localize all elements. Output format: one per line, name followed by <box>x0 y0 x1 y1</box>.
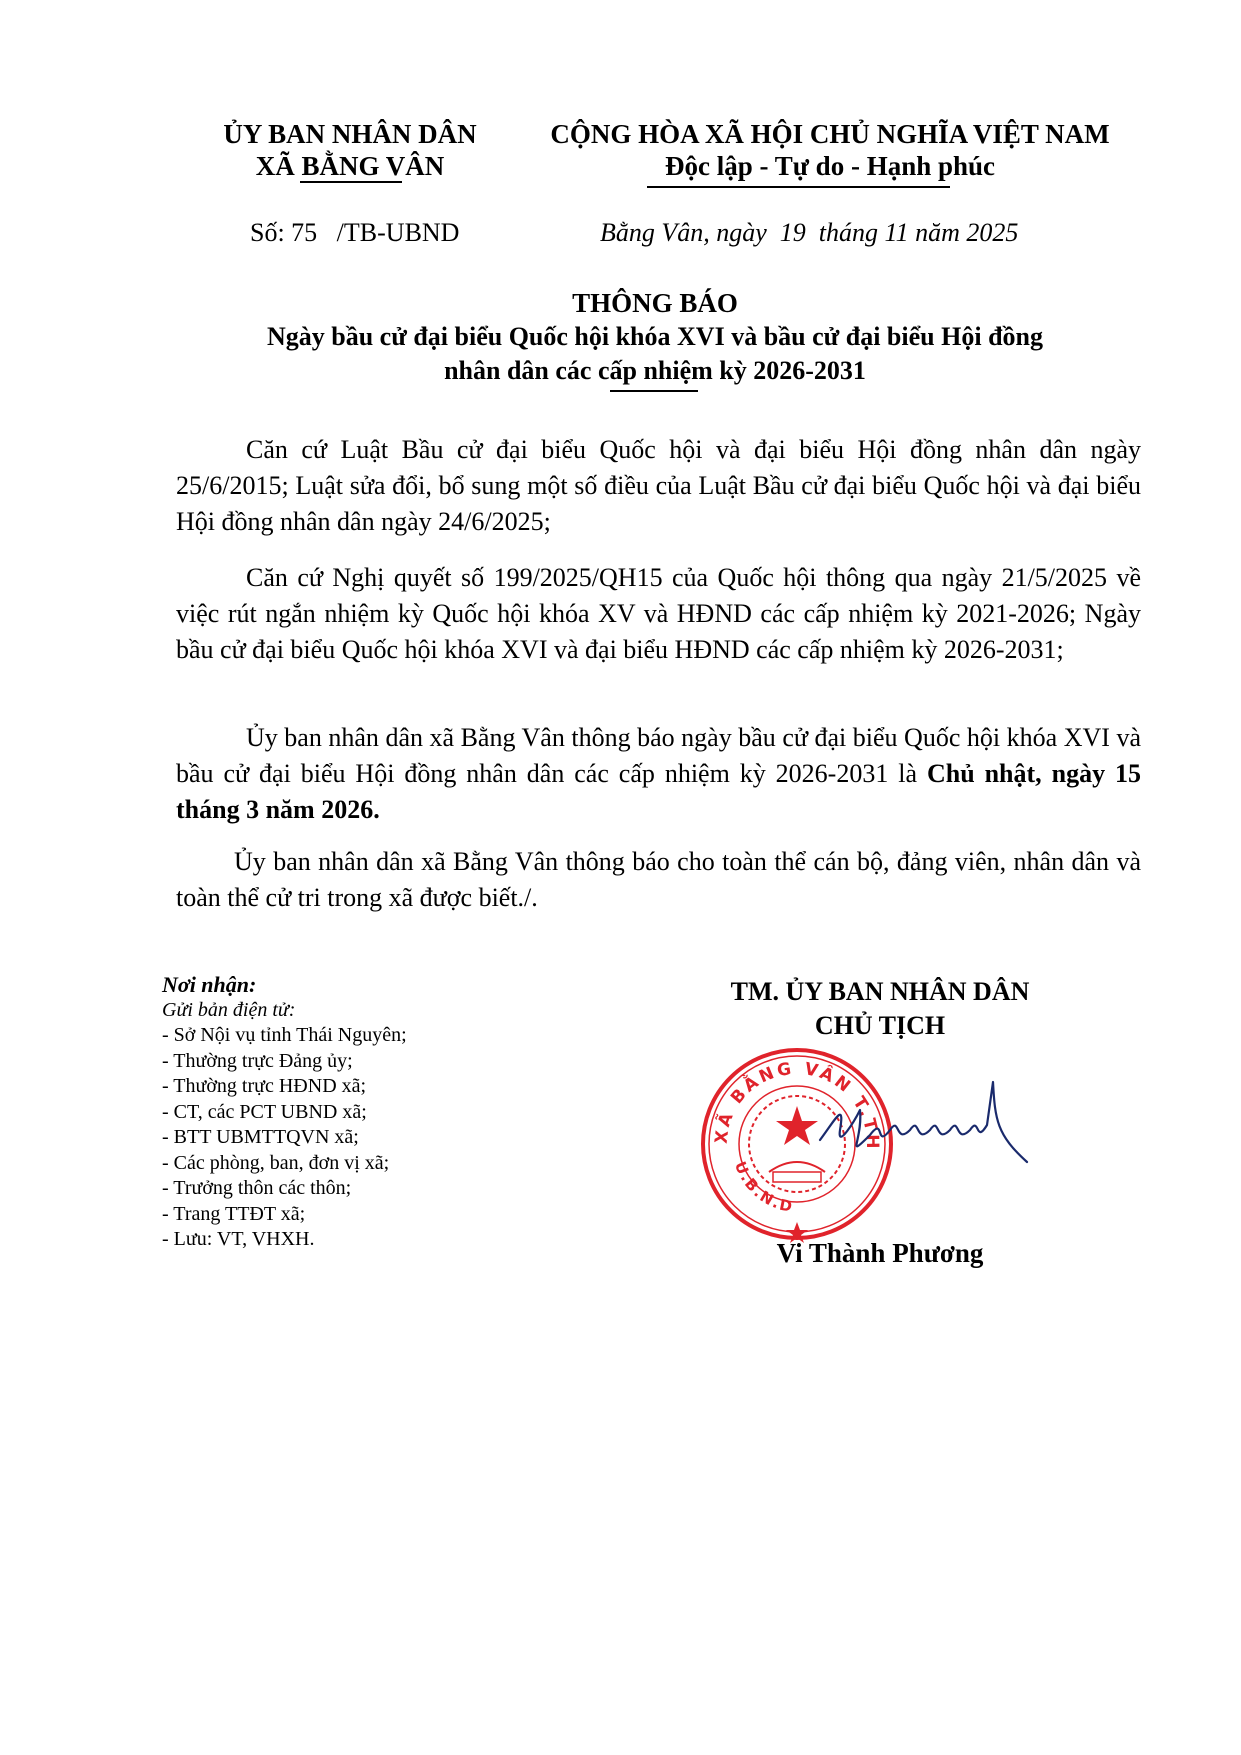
recipient-item: - BTT UBMTTQVN xã; <box>162 1125 407 1151</box>
agency-line1: ỦY BAN NHÂN DÂN <box>190 118 510 150</box>
national-motto: CỘNG HÒA XÃ HỘI CHỦ NGHĨA VIỆT NAM Độc l… <box>540 118 1120 182</box>
recipients-list: - Sở Nội vụ tỉnh Thái Nguyên; - Thường t… <box>162 1023 407 1253</box>
recipient-item: - Các phòng, ban, đơn vị xã; <box>162 1151 407 1177</box>
document-number: Số: 75 /TB-UBND <box>250 218 459 248</box>
recipient-item: - Trưởng thôn các thôn; <box>162 1176 407 1202</box>
title-underline <box>610 390 698 392</box>
recipients-heading: Nơi nhận: <box>162 972 407 998</box>
recipient-item: - CT, các PCT UBND xã; <box>162 1100 407 1126</box>
document-title: THÔNG BÁO Ngày bầu cử đại biểu Quốc hội … <box>160 286 1150 388</box>
recipient-item: - Sở Nội vụ tỉnh Thái Nguyên; <box>162 1023 407 1049</box>
agency-line2: XÃ BẰNG VÂN <box>190 150 510 182</box>
recipients-block: Nơi nhận: Gửi bản điện tử: - Sở Nội vụ t… <box>162 972 407 1253</box>
recipient-item: - Lưu: VT, VHXH. <box>162 1227 407 1253</box>
nation-line2: Độc lập - Tự do - Hạnh phúc <box>540 150 1120 182</box>
signer-name: Vi Thành Phương <box>740 1238 1020 1269</box>
title-subject-line1: Ngày bầu cử đại biểu Quốc hội khóa XVI v… <box>160 320 1150 354</box>
issuing-agency: ỦY BAN NHÂN DÂN XÃ BẰNG VÂN <box>190 118 510 182</box>
title-type: THÔNG BÁO <box>160 286 1150 320</box>
recipient-item: - Trang TTĐT xã; <box>162 1202 407 1228</box>
handwritten-signature-icon <box>815 1080 1030 1175</box>
paragraph-text: Căn cứ Luật Bầu cử đại biểu Quốc hội và … <box>176 432 1141 540</box>
title-subject-line2: nhân dân các cấp nhiệm kỳ 2026-2031 <box>160 354 1150 388</box>
signature-line1: TM. ỦY BAN NHÂN DÂN <box>690 975 1070 1009</box>
body-paragraph-1: Căn cứ Luật Bầu cử đại biểu Quốc hội và … <box>176 432 1141 540</box>
recipients-subheading: Gửi bản điện tử: <box>162 998 407 1024</box>
svg-text:U.B.N.D: U.B.N.D <box>731 1159 796 1216</box>
place-date: Bằng Vân, ngày 19 tháng 11 năm 2025 <box>600 218 1018 248</box>
body-paragraph-2: Căn cứ Nghị quyết số 199/2025/QH15 của Q… <box>176 560 1141 668</box>
signature-line2: CHỦ TỊCH <box>690 1009 1070 1043</box>
recipient-item: - Thường trực HĐND xã; <box>162 1074 407 1100</box>
paragraph-text: Ủy ban nhân dân xã Bằng Vân thông báo ng… <box>176 720 1141 828</box>
body-paragraph-4: Ủy ban nhân dân xã Bằng Vân thông báo ch… <box>176 844 1141 916</box>
paragraph-text: Ủy ban nhân dân xã Bằng Vân thông báo ch… <box>176 844 1141 916</box>
recipient-item: - Thường trực Đảng ủy; <box>162 1049 407 1075</box>
motto-underline <box>647 186 950 188</box>
agency-underline <box>300 181 402 183</box>
signature-title: TM. ỦY BAN NHÂN DÂN CHỦ TỊCH <box>690 975 1070 1043</box>
nation-line1: CỘNG HÒA XÃ HỘI CHỦ NGHĨA VIỆT NAM <box>540 118 1120 150</box>
paragraph-text: Căn cứ Nghị quyết số 199/2025/QH15 của Q… <box>176 560 1141 668</box>
body-paragraph-3: Ủy ban nhân dân xã Bằng Vân thông báo ng… <box>176 720 1141 828</box>
